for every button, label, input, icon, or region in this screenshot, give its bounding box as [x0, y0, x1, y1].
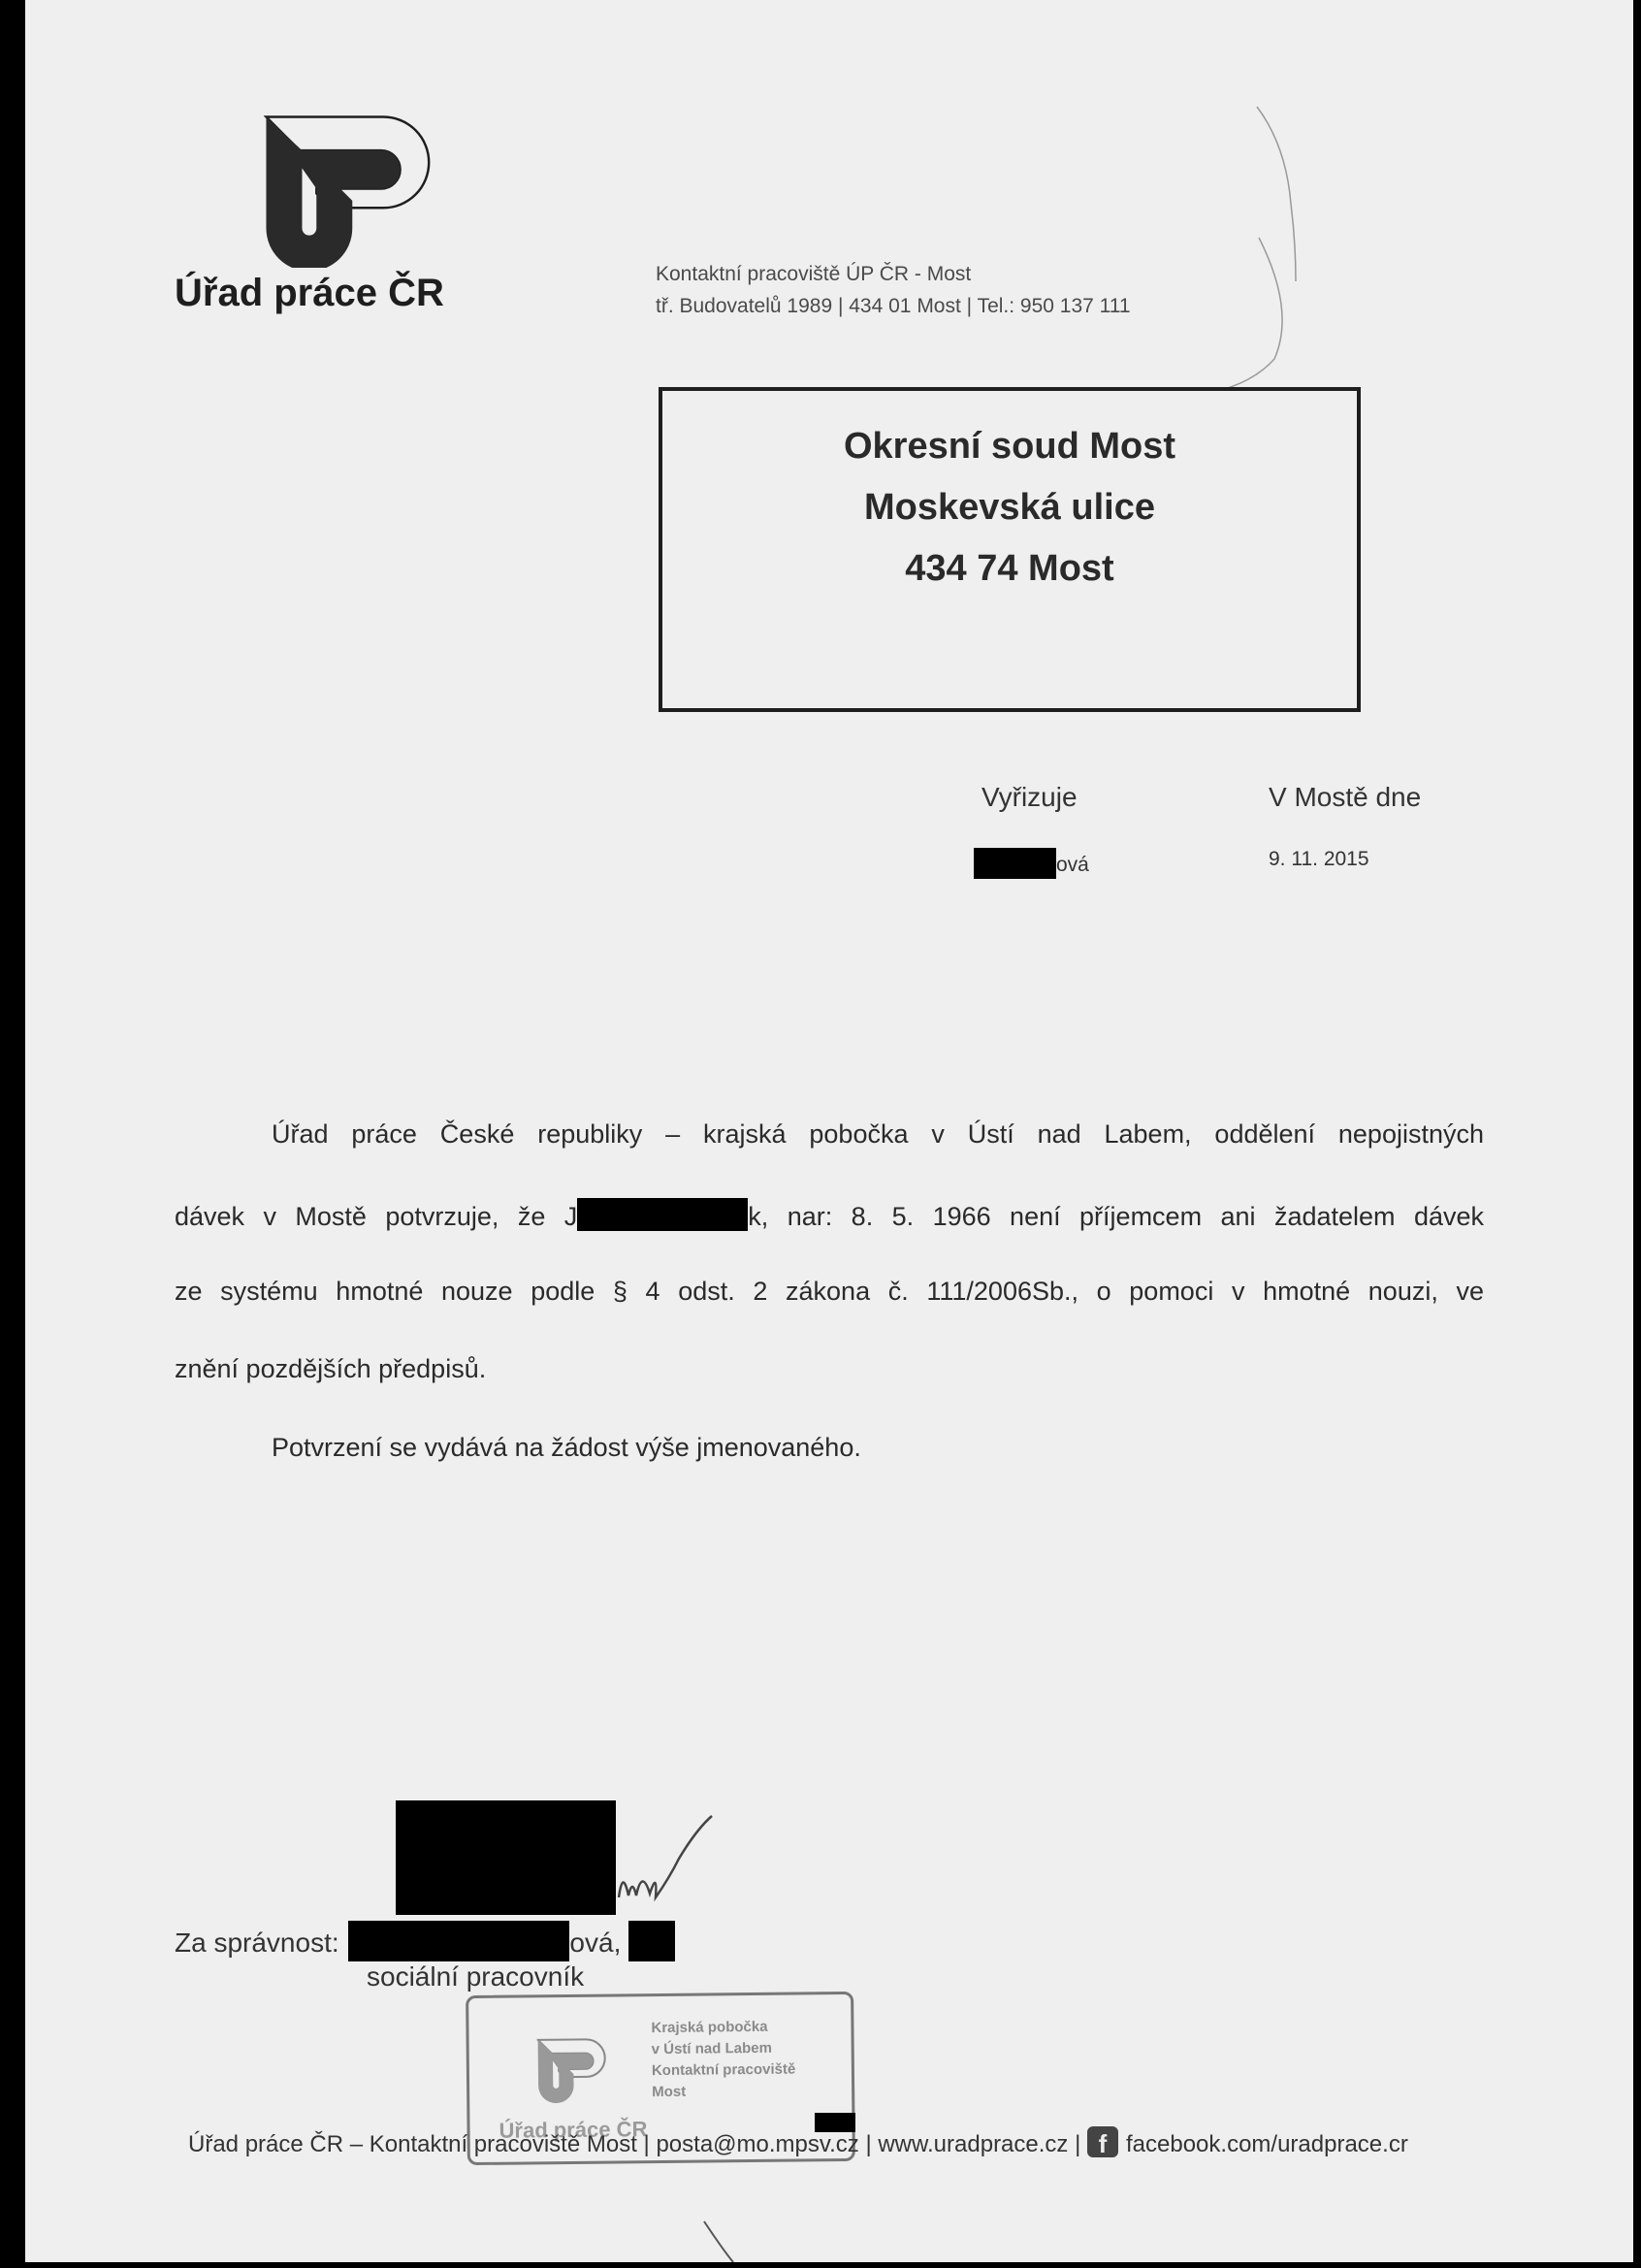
sender-address: Kontaktní pracoviště ÚP ČR - Most tř. Bu… [656, 258, 1131, 322]
stamp-text: Krajská pobočka v Ústí nad Labem Kontakt… [651, 2017, 795, 2104]
logo-wordmark: Úřad práce ČR [175, 272, 444, 315]
redacted-signer-name [348, 1921, 569, 1961]
handled-by-label: Vyřizuje [981, 782, 1078, 813]
body-line-1: Úřad práce České republiky – krajská pob… [272, 1119, 1484, 1150]
sender-line-2: tř. Budovatelů 1989 | 434 01 Most | Tel.… [656, 290, 1131, 322]
redacted-signature [396, 1800, 616, 1915]
footer-separator: | [1075, 2131, 1080, 2157]
body-line-3: ze systému hmotné nouze podle § 4 odst. … [175, 1277, 1484, 1307]
stamp-logo-icon [536, 2028, 611, 2113]
sender-line-1: Kontaktní pracoviště ÚP ČR - Most [656, 258, 1131, 290]
footer-org: Úřad práce ČR – Kontaktní pracoviště Mos… [188, 2131, 637, 2157]
handwritten-signature [611, 1810, 747, 1917]
footer-email[interactable]: posta@mo.mpsv.cz [656, 2131, 858, 2157]
footer-website[interactable]: www.uradprace.cz [878, 2131, 1068, 2157]
body-line-5: Potvrzení se vydává na žádost výše jmeno… [272, 1433, 861, 1463]
signature-label: Za správnost: [175, 1928, 339, 1958]
recipient-address-box: Okresní soud Most Moskevská ulice 434 74… [659, 387, 1361, 712]
signature-name-suffix: ová, [569, 1928, 621, 1958]
recipient-postcode-city: 434 74 Most [662, 538, 1357, 599]
stamp-line-1: Krajská pobočka [651, 2017, 795, 2040]
handled-by-value: ová [974, 848, 1089, 879]
stamp-line-2: v Ústí nad Labem [652, 2038, 796, 2061]
urad-prace-logo-icon [264, 114, 443, 268]
redacted-name [577, 1198, 748, 1231]
signer-role: sociální pracovník [367, 1961, 584, 1993]
redacted-title [628, 1921, 675, 1961]
recipient-street: Moskevská ulice [662, 477, 1357, 538]
footer-facebook[interactable]: facebook.com/uradprace.cr [1126, 2131, 1408, 2157]
signature-block: Za správnost: ová, [175, 1921, 675, 1961]
footer-separator: | [865, 2131, 871, 2157]
document-page: Úřad práce ČR Kontaktní pracoviště ÚP ČR… [25, 0, 1633, 2262]
body-line-2-prefix: dávek v Mostě potvrzuje, že J [175, 1202, 577, 1231]
stamp-line-4: Most [652, 2081, 796, 2104]
body-line-4: znění pozdějších předpisů. [175, 1354, 486, 1384]
stamp-line-3: Kontaktní pracoviště [652, 2059, 796, 2083]
recipient-name: Okresní soud Most [662, 416, 1357, 477]
redacted-block [974, 848, 1056, 879]
handled-by-suffix: ová [1056, 854, 1089, 876]
place-date-label: V Mostě dne [1269, 782, 1421, 813]
letter-date: 9. 11. 2015 [1269, 848, 1369, 871]
facebook-icon: f [1087, 2126, 1118, 2157]
body-line-2-suffix: k, nar: 8. 5. 1966 není příjemcem ani ža… [748, 1202, 1484, 1231]
footer: Úřad práce ČR – Kontaktní pracoviště Mos… [188, 2126, 1408, 2158]
body-line-2: dávek v Mostě potvrzuje, že Jk, nar: 8. … [175, 1198, 1484, 1232]
footer-separator: | [644, 2131, 650, 2157]
